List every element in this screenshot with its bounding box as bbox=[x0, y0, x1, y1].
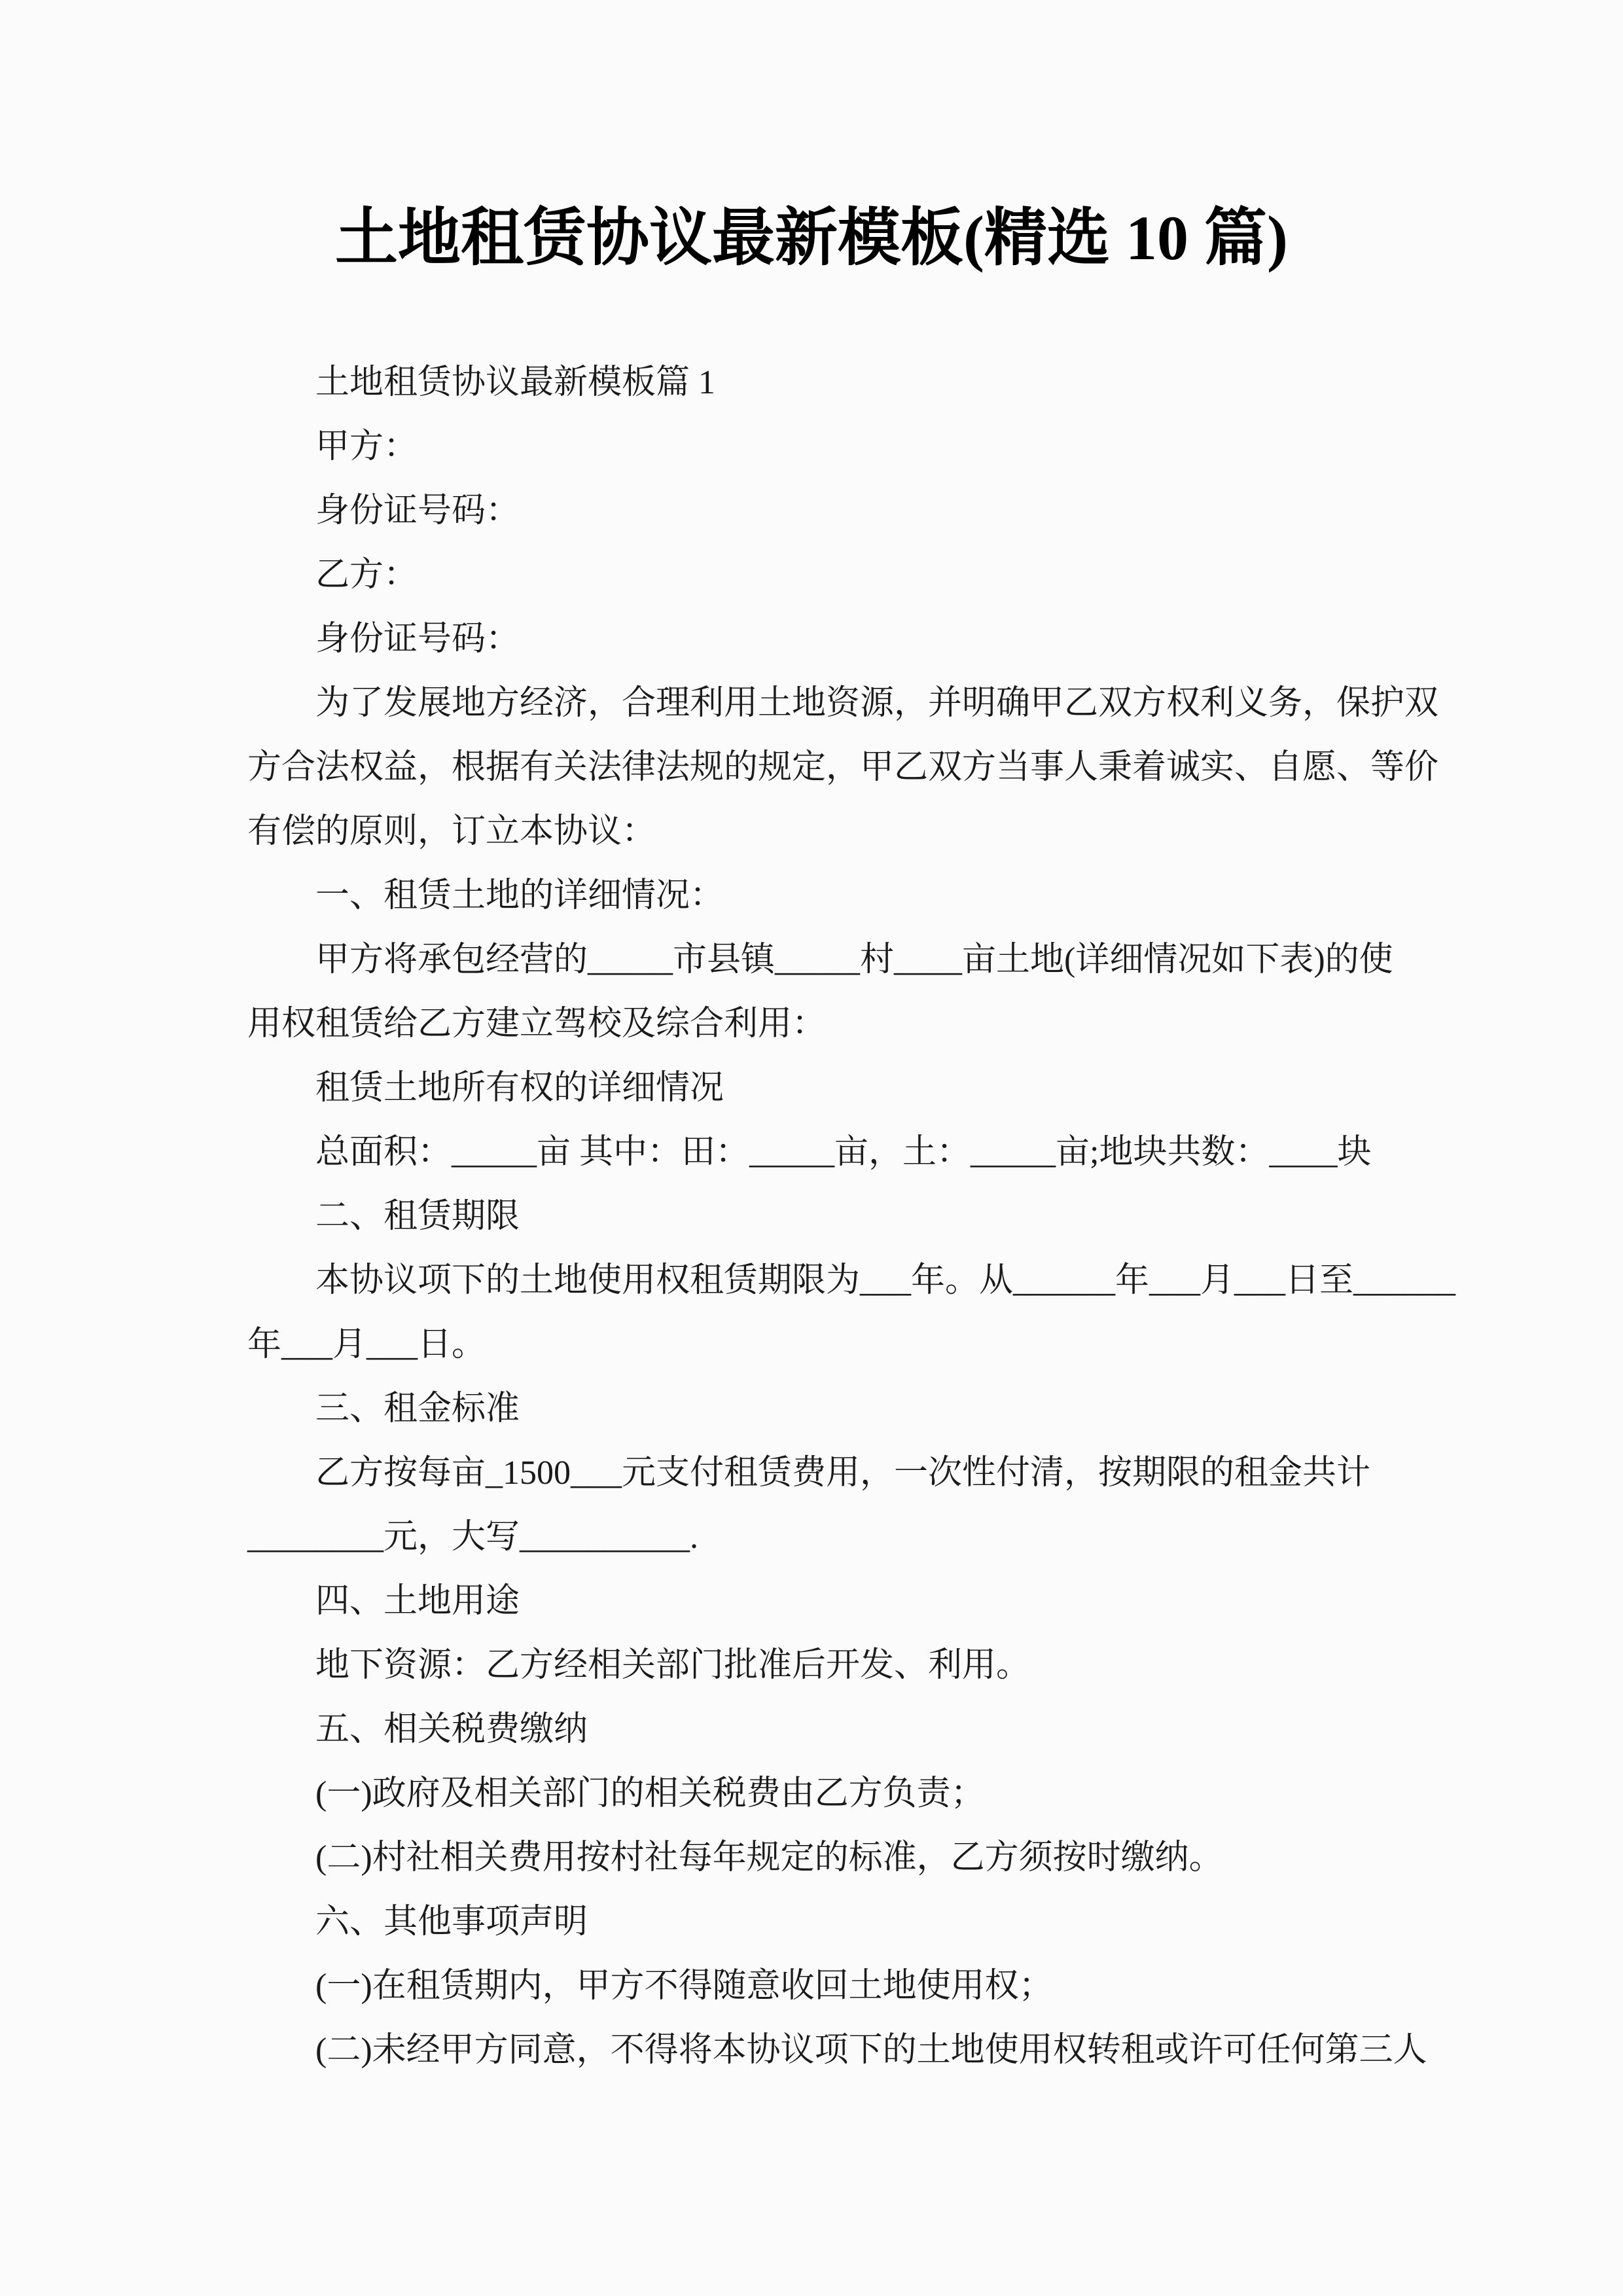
paragraph-line: (二)未经甲方同意，不得将本协议项下的土地使用权转租或许可任何第三人 bbox=[247, 2018, 1427, 2083]
paragraph-line: 乙方： bbox=[247, 543, 1427, 607]
paragraph-line: (一)在租赁期内，甲方不得随意收回土地使用权； bbox=[247, 1954, 1427, 2018]
paragraph-line: 乙方按每亩_1500___元支付租赁费用，一次性付清，按期限的租金共计 bbox=[247, 1441, 1427, 1505]
paragraph-line: 地下资源：乙方经相关部门批准后开发、利用。 bbox=[247, 1634, 1427, 1698]
paragraph-line: (二)村社相关费用按村社每年规定的标准，乙方须按时缴纳。 bbox=[247, 1826, 1427, 1890]
paragraph-line: 一、租赁土地的详细情况： bbox=[247, 864, 1427, 928]
document-body: 土地租赁协议最新模板篇 1甲方：身份证号码：乙方：身份证号码：为了发展地方经济，… bbox=[247, 351, 1427, 2083]
paragraph-line: 六、其他事项声明 bbox=[247, 1890, 1427, 1954]
paragraph-line: ________元，大写__________. bbox=[247, 1505, 1427, 1570]
paragraph-line: 身份证号码： bbox=[247, 607, 1427, 672]
document-page: 土地租赁协议最新模板(精选 10 篇) 土地租赁协议最新模板篇 1甲方：身份证号… bbox=[0, 0, 1623, 2296]
paragraph-line: 为了发展地方经济，合理利用土地资源，并明确甲乙双方权利义务，保护双 bbox=[247, 672, 1427, 736]
paragraph-line: 本协议项下的土地使用权租赁期限为___年。从______年___月___日至__… bbox=[247, 1249, 1427, 1313]
paragraph-line: 土地租赁协议最新模板篇 1 bbox=[247, 351, 1427, 415]
paragraph-line: 总面积：_____亩 其中：田：_____亩，土：_____亩;地块共数：___… bbox=[247, 1121, 1427, 1185]
paragraph-line: 四、土地用途 bbox=[247, 1570, 1427, 1634]
paragraph-line: (一)政府及相关部门的相关税费由乙方负责； bbox=[247, 1762, 1427, 1826]
paragraph-line: 五、相关税费缴纳 bbox=[247, 1698, 1427, 1762]
paragraph-line: 甲方将承包经营的_____市县镇_____村____亩土地(详细情况如下表)的使 bbox=[247, 928, 1427, 992]
document-title: 土地租赁协议最新模板(精选 10 篇) bbox=[0, 0, 1623, 270]
paragraph-line: 租赁土地所有权的详细情况 bbox=[247, 1056, 1427, 1121]
paragraph-line: 身份证号码： bbox=[247, 479, 1427, 543]
paragraph-line: 年___月___日。 bbox=[247, 1313, 1427, 1377]
paragraph-line: 用权租赁给乙方建立驾校及综合利用： bbox=[247, 992, 1427, 1056]
paragraph-line: 二、租赁期限 bbox=[247, 1185, 1427, 1249]
paragraph-line: 甲方： bbox=[247, 415, 1427, 479]
paragraph-line: 有偿的原则，订立本协议： bbox=[247, 800, 1427, 864]
paragraph-line: 三、租金标准 bbox=[247, 1377, 1427, 1441]
paragraph-line: 方合法权益，根据有关法律法规的规定，甲乙双方当事人秉着诚实、自愿、等价 bbox=[247, 736, 1427, 800]
